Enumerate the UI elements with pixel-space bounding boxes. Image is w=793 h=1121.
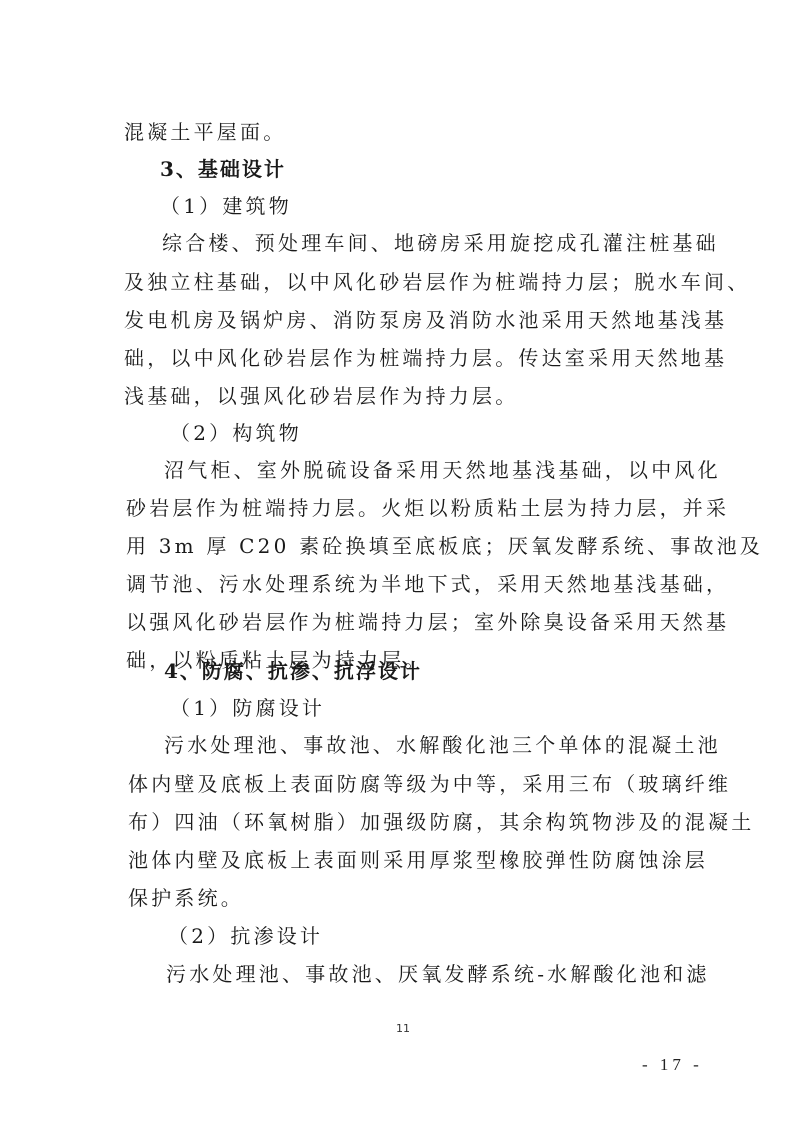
text-line: 综合楼、预处理车间、地磅房采用旋挖成孔灌注桩基础 bbox=[162, 229, 719, 257]
text-line: 发电机房及锅炉房、消防泵房及消防水池采用天然地基浅基 bbox=[124, 306, 727, 334]
text-line: 用 3m 厚 C20 素砼换填至底板底；厌氧发酵系统、事故池及 bbox=[126, 532, 763, 560]
subsection-heading: （2）构筑物 bbox=[170, 419, 302, 447]
document-page: 混凝土平屋面。 3、基础设计 （1）建筑物 综合楼、预处理车间、地磅房采用旋挖成… bbox=[0, 0, 793, 1121]
text-line: 及独立柱基础，以中风化砂岩层作为桩端持力层；脱水车间、 bbox=[124, 268, 750, 296]
section-heading: 4、防腐、抗渗、抗浮设计 bbox=[164, 657, 422, 685]
text-line: 沼气柜、室外脱硫设备采用天然地基浅基础，以中风化 bbox=[164, 456, 721, 484]
page-number: - 17 - bbox=[642, 1055, 703, 1075]
text-line: 布）四油（环氧树脂）加强级防腐，其余构筑物涉及的混凝土 bbox=[128, 808, 754, 836]
subsection-heading: （1）防腐设计 bbox=[170, 694, 325, 722]
text-line: 污水处理池、事故池、厌氧发酵系统-水解酸化池和滤 bbox=[166, 960, 710, 988]
text-line: 调节池、污水处理系统为半地下式，采用天然地基浅基础， bbox=[126, 570, 729, 598]
section-heading: 3、基础设计 bbox=[160, 155, 286, 183]
text-line: 体内壁及底板上表面防腐等级为中等，采用三布（玻璃纤维 bbox=[128, 770, 731, 798]
text-line: 以强风化砂岩层作为桩端持力层；室外除臭设备采用天然基 bbox=[126, 608, 729, 636]
text-line: 污水处理池、事故池、水解酸化池三个单体的混凝土池 bbox=[164, 731, 721, 759]
subsection-heading: （2）抗渗设计 bbox=[168, 922, 323, 950]
text-line: 浅基础，以强风化砂岩层作为持力层。 bbox=[124, 382, 518, 410]
text-line: 础，以中风化砂岩层作为桩端持力层。传达室采用天然地基 bbox=[124, 344, 727, 372]
subsection-heading: （1）建筑物 bbox=[160, 192, 292, 220]
text-line: 混凝土平屋面。 bbox=[124, 118, 286, 146]
text-line: 池体内壁及底板上表面则采用厚浆型橡胶弹性防腐蚀涂层 bbox=[128, 846, 708, 874]
text-line: 保护系统。 bbox=[128, 884, 244, 912]
text-line: 砂岩层作为桩端持力层。火炬以粉质粘土层为持力层，并采 bbox=[126, 494, 729, 522]
inner-page-number: 11 bbox=[396, 1022, 410, 1035]
